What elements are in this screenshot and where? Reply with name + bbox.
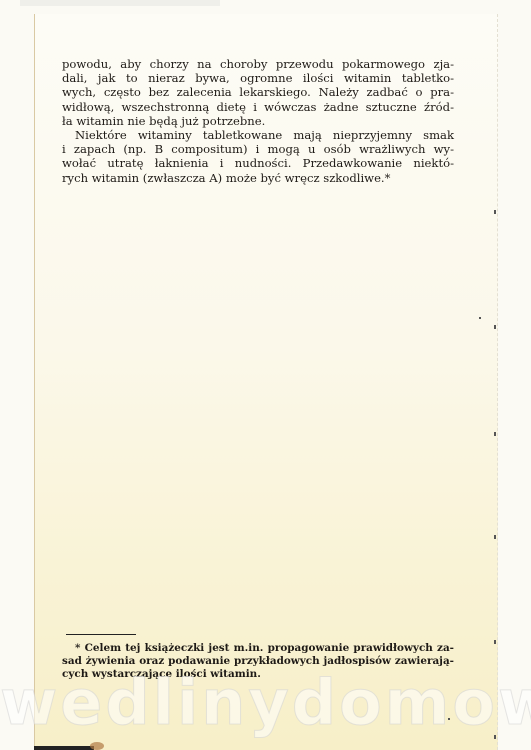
scan-stain (90, 742, 104, 750)
footnote-line: sad żywienia oraz podawanie przykładowyc… (62, 655, 454, 668)
text-line: powodu, aby chorzy na choroby przewodu p… (62, 57, 454, 71)
text-line: ła witamin nie będą już potrzebne. (62, 114, 454, 128)
scan-speck (494, 535, 496, 539)
footnote-line: * Celem tej książeczki jest m.in. propag… (62, 642, 454, 655)
text-line: i zapach (np. B compositum) i mogą u osó… (62, 142, 454, 156)
scan-speck (448, 718, 450, 720)
text-line: wych, często bez zalecenia lekarskiego. … (62, 85, 454, 99)
scan-speck (494, 735, 496, 739)
scan-edge (34, 746, 94, 750)
text-line: dali, jak to nieraz bywa, ogromne ilości… (62, 71, 454, 85)
text-line: wołać utratę łaknienia i nudności. Przed… (62, 156, 454, 170)
text-line: widłową, wszechstronną dietę i wówczas ż… (62, 100, 454, 114)
text-line: rych witamin (zwłaszcza A) może być wręc… (62, 171, 454, 185)
scan-shadow (20, 0, 220, 6)
scan-speck (494, 640, 496, 644)
footnote: * Celem tej książeczki jest m.in. propag… (62, 642, 454, 681)
footnote-line: cych wystarczające ilości witamin. (62, 668, 454, 681)
scan-speck (494, 210, 496, 214)
footnote-rule (66, 634, 136, 635)
main-text: powodu, aby chorzy na choroby przewodu p… (62, 57, 454, 185)
paragraph-1: powodu, aby chorzy na choroby przewodu p… (62, 57, 454, 128)
scan-speck (479, 317, 481, 319)
text-line: Niektóre witaminy tabletkowane mają niep… (62, 128, 454, 142)
paragraph-2: Niektóre witaminy tabletkowane mają niep… (62, 128, 454, 185)
scan-speck (494, 325, 496, 329)
scan-speck (494, 432, 496, 436)
